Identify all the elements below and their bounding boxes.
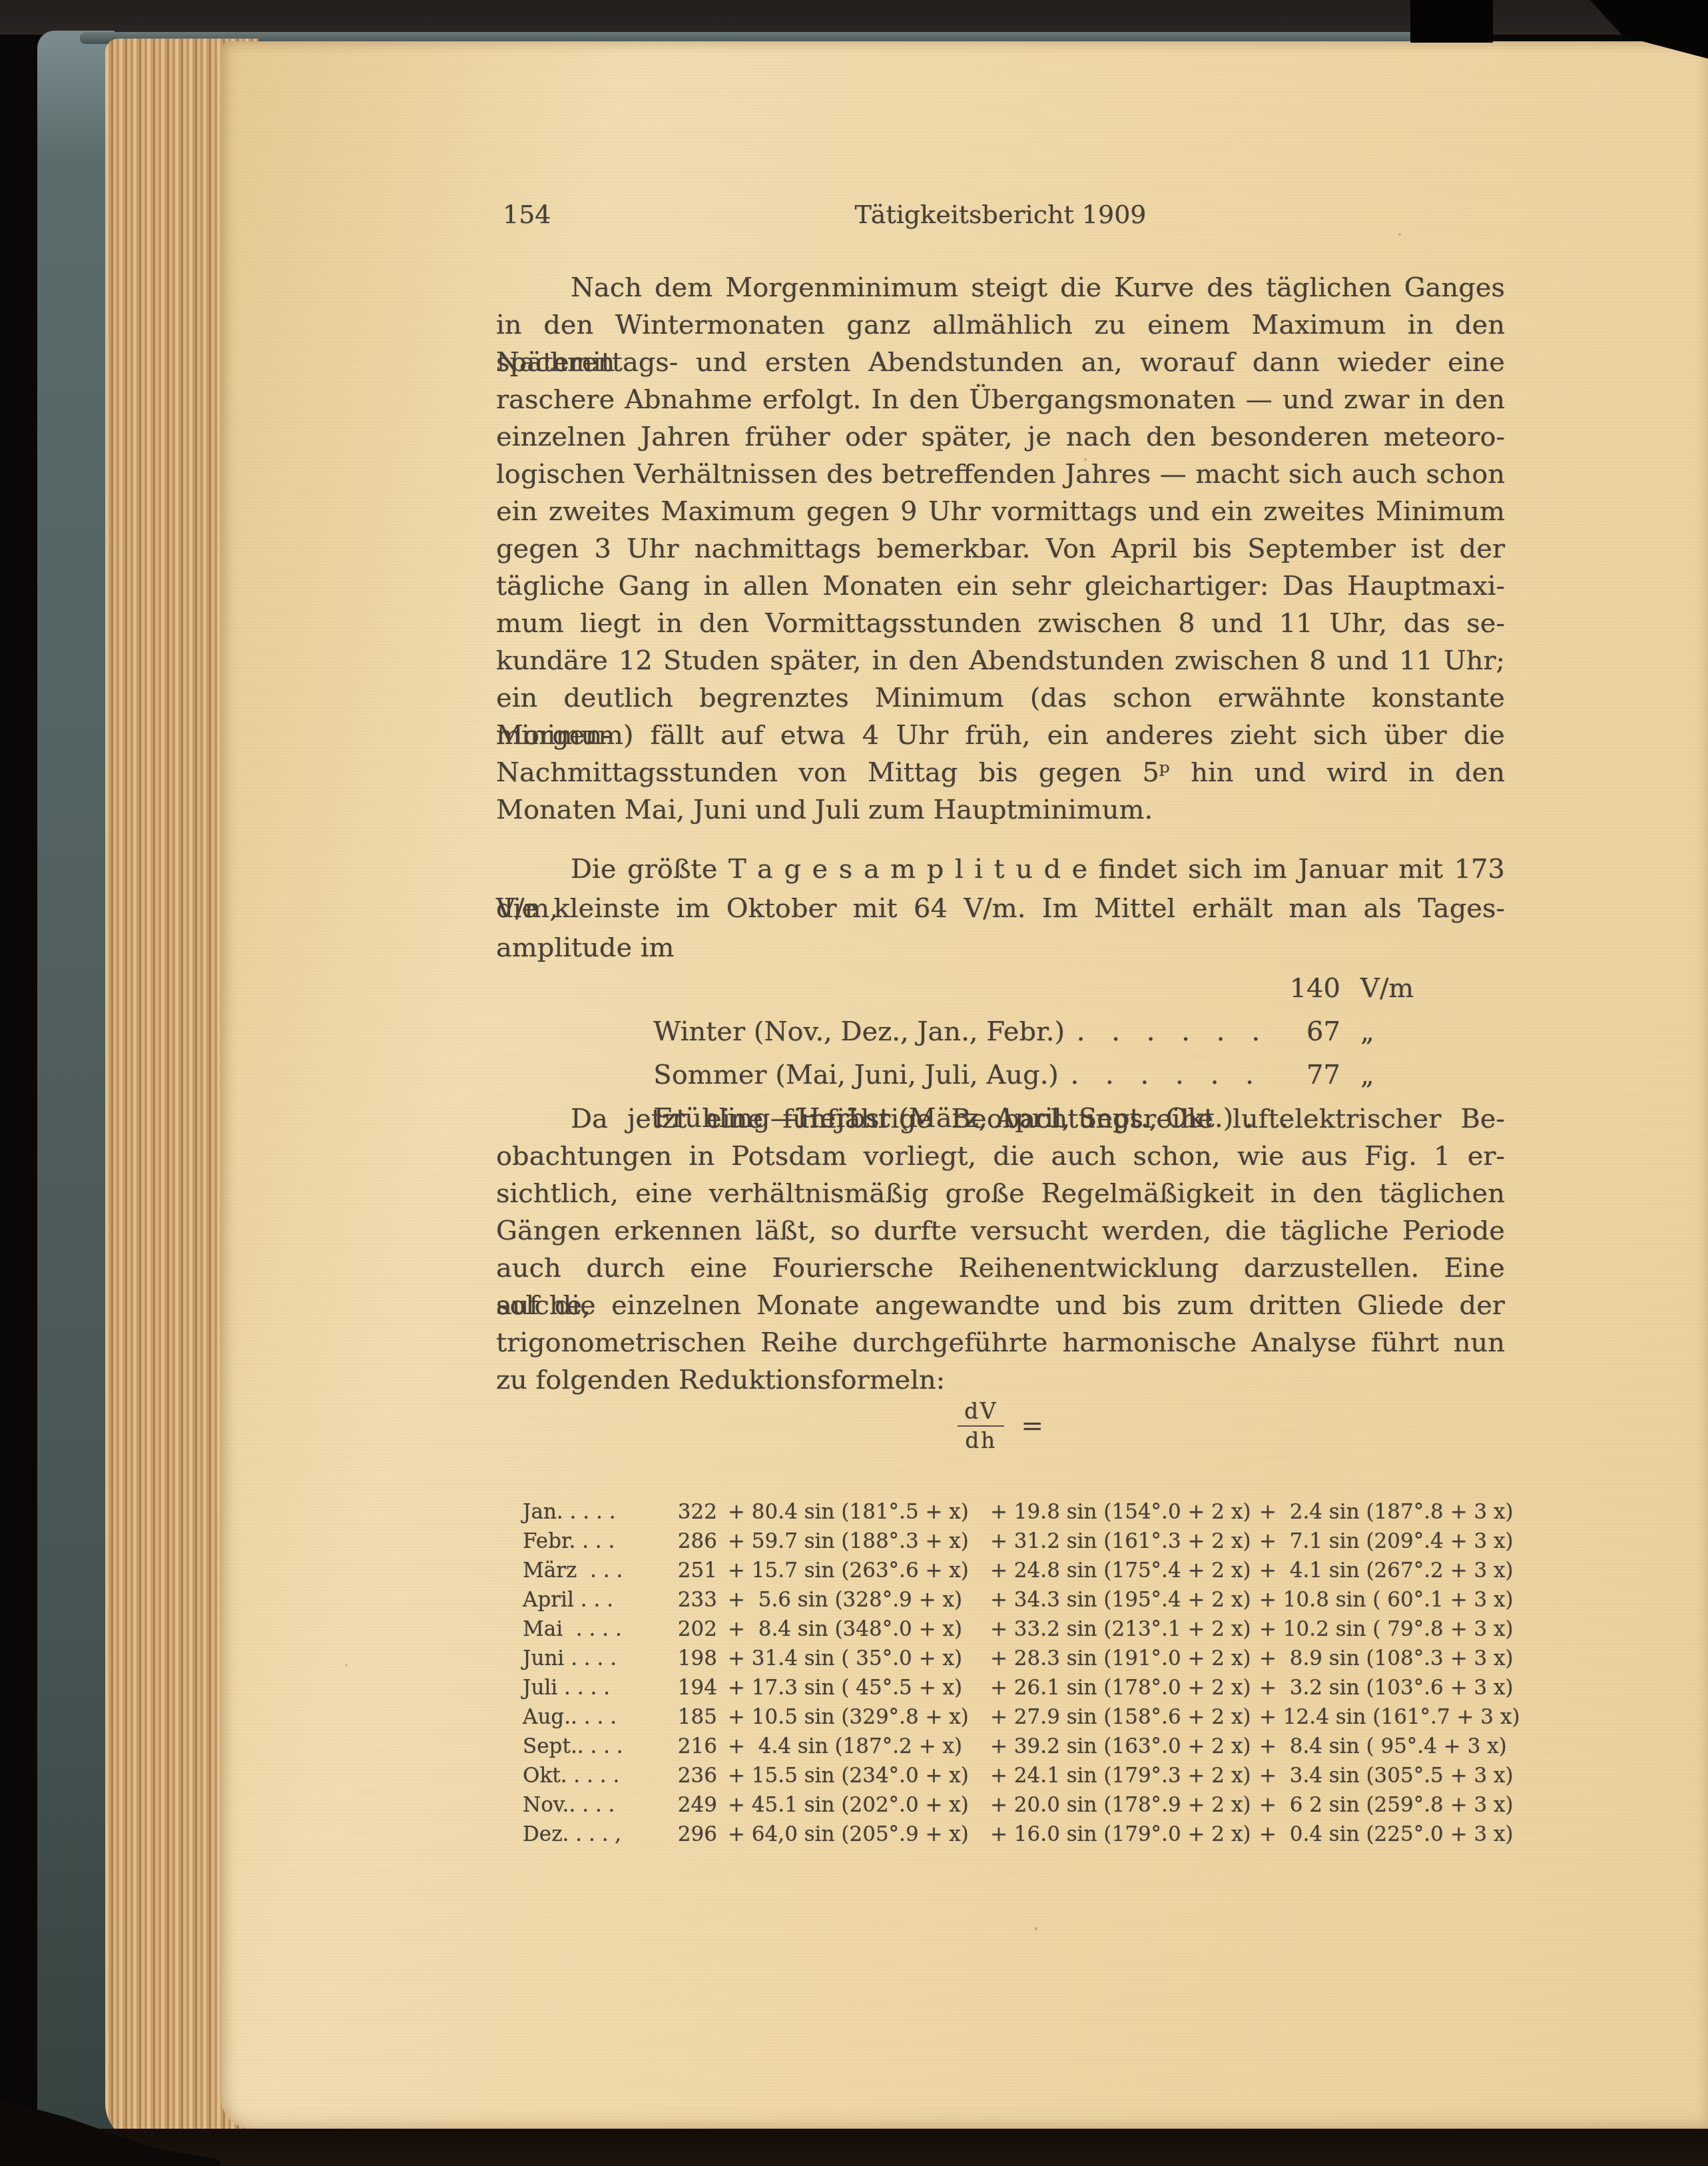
- month-label: Jan. . . . .: [523, 1497, 669, 1527]
- formula-row: Dez. . . . ,296+ 64,0 sin (205°.9 + x)+ …: [523, 1820, 1520, 1849]
- amplitude-unit: „: [1360, 1010, 1374, 1054]
- third-harmonic: + 2.4 sin (187°.8 + 3 x): [1250, 1497, 1514, 1527]
- constant-term: 216: [669, 1732, 717, 1761]
- month-label: April . . .: [523, 1585, 669, 1615]
- constant-term: 322: [669, 1497, 717, 1527]
- text-line: Gängen erkennen läßt, so durfte versucht…: [496, 1212, 1505, 1250]
- running-title: Tätigkeitsbericht 1909: [496, 200, 1505, 229]
- text-line: ein deutlich begrenztes Minimum (das sch…: [496, 679, 1505, 717]
- third-harmonic: + 4.1 sin (267°.2 + 3 x): [1250, 1556, 1514, 1585]
- third-harmonic: + 10.8 sin ( 60°.1 + 3 x): [1250, 1585, 1514, 1615]
- paragraph-fourier: Da jetzt eine fünfjährige Beobachtungsre…: [496, 1100, 1505, 1399]
- amplitude-list: Winter (Nov., Dez., Jan., Febr.) . . . .…: [603, 967, 1442, 1097]
- third-harmonic: + 7.1 sin (209°.4 + 3 x): [1250, 1527, 1514, 1556]
- fraction: dV dh: [958, 1397, 1004, 1455]
- constant-term: 296: [669, 1820, 717, 1849]
- first-harmonic: + 45.1 sin (202°.0 + x): [717, 1790, 981, 1820]
- text-line: Die größte T a g e s a m p l i t u d e f…: [496, 850, 1505, 889]
- third-harmonic: + 10.2 sin ( 79°.8 + 3 x): [1250, 1615, 1514, 1644]
- amplitude-value: 140: [1274, 967, 1340, 1010]
- constant-term: 194: [669, 1673, 717, 1702]
- constant-term: 233: [669, 1585, 717, 1615]
- text-line: auch durch eine Fouriersche Reihenentwic…: [496, 1250, 1505, 1287]
- month-label: Dez. . . . ,: [523, 1820, 669, 1849]
- third-harmonic: + 12.4 sin (161°.7 + 3 x): [1250, 1702, 1520, 1732]
- first-harmonic: + 10.5 sin (329°.8 + x): [717, 1702, 981, 1732]
- text-line: trigonometrischen Reihe durchgeführte ha…: [496, 1324, 1505, 1361]
- month-label: März . . .: [523, 1556, 669, 1585]
- formula-row: März . . .251+ 15.7 sin (263°.6 + x)+ 24…: [523, 1556, 1520, 1585]
- first-harmonic: + 80.4 sin (181°.5 + x): [717, 1497, 981, 1527]
- third-harmonic: + 8.9 sin (108°.3 + 3 x): [1250, 1644, 1514, 1673]
- text-line: auf die einzelnen Monate angewandte und …: [496, 1287, 1505, 1324]
- amplitude-row-sommer: Sommer (Mai, Juni, Juli, Aug.) . . . . .…: [603, 1010, 1442, 1054]
- text-line: logischen Verhältnissen des betreffenden…: [496, 456, 1505, 493]
- second-harmonic: + 33.2 sin (213°.1 + 2 x): [981, 1615, 1250, 1644]
- second-harmonic: + 19.8 sin (154°.0 + 2 x): [981, 1497, 1250, 1527]
- amplitude-row-fruehling-herbst: Frühling—Herbst (März, April, Sept., Okt…: [603, 1054, 1442, 1097]
- text-line: Nachmittagsstunden von Mittag bis gegen …: [496, 754, 1505, 791]
- text-line: die kleinste im Oktober mit 64 V/m. Im M…: [496, 889, 1505, 928]
- text-line: raschere Abnahme erfolgt. In den Übergan…: [496, 381, 1505, 418]
- book-scan: 154 Tätigkeitsbericht 1909 Nach dem Morg…: [0, 0, 1708, 2166]
- first-harmonic: + 17.3 sin ( 45°.5 + x): [717, 1673, 981, 1702]
- text-line: Nach dem Morgenminimum steigt die Kurve …: [496, 269, 1505, 306]
- text-line: zu folgenden Reduktionsformeln:: [496, 1361, 1505, 1399]
- formula-row: Juli . . . .194+ 17.3 sin ( 45°.5 + x)+ …: [523, 1673, 1520, 1702]
- text-line: Da jetzt eine fünfjährige Beobachtungsre…: [496, 1100, 1505, 1138]
- reduction-formula-table: Jan. . . . .322+ 80.4 sin (181°.5 + x)+ …: [523, 1497, 1520, 1849]
- text-line: Nachmittags- und ersten Abendstunden an,…: [496, 344, 1505, 381]
- page-header: 154 Tätigkeitsbericht 1909: [496, 200, 1505, 234]
- book-cover: [37, 31, 115, 2166]
- formula-row: April . . .233+ 5.6 sin (328°.9 + x)+ 34…: [523, 1585, 1520, 1615]
- second-harmonic: + 26.1 sin (178°.0 + 2 x): [981, 1673, 1250, 1702]
- first-harmonic: + 8.4 sin (348°.0 + x): [717, 1615, 981, 1644]
- constant-term: 236: [669, 1761, 717, 1790]
- formula-row: Mai . . . .202+ 8.4 sin (348°.0 + x)+ 33…: [523, 1615, 1520, 1644]
- text-line: amplitude im: [496, 928, 1505, 968]
- month-label: Mai . . . .: [523, 1615, 669, 1644]
- month-label: Febr. . . .: [523, 1527, 669, 1556]
- second-harmonic: + 16.0 sin (179°.0 + 2 x): [981, 1820, 1250, 1849]
- second-harmonic: + 28.3 sin (191°.0 + 2 x): [981, 1644, 1250, 1673]
- text-line: kundäre 12 Studen später, in den Abendst…: [496, 642, 1505, 679]
- amplitude-value: 67: [1274, 1010, 1340, 1054]
- month-label: Sept.. . . .: [523, 1732, 669, 1761]
- scanner-gap-top: [1410, 0, 1493, 43]
- formula-row: Febr. . . .286+ 59.7 sin (188°.3 + x)+ 3…: [523, 1527, 1520, 1556]
- formula-row: Jan. . . . .322+ 80.4 sin (181°.5 + x)+ …: [523, 1497, 1520, 1527]
- text-line: obachtungen in Potsdam vorliegt, die auc…: [496, 1138, 1505, 1175]
- fraction-denominator: dh: [958, 1425, 1004, 1455]
- third-harmonic: + 6 2 sin (259°.8 + 3 x): [1250, 1790, 1514, 1820]
- formula-row: Juni . . . .198+ 31.4 sin ( 35°.0 + x)+ …: [523, 1644, 1520, 1673]
- month-label: Juli . . . .: [523, 1673, 669, 1702]
- text-line: einzelnen Jahren früher oder später, je …: [496, 418, 1505, 456]
- text-line: minimum) fällt auf etwa 4 Uhr früh, ein …: [496, 717, 1505, 754]
- text-line: tägliche Gang in allen Monaten ein sehr …: [496, 567, 1505, 605]
- fraction-numerator: dV: [958, 1397, 1004, 1425]
- text-line: gegen 3 Uhr nachmittags bemerkbar. Von A…: [496, 530, 1505, 567]
- second-harmonic: + 39.2 sin (163°.0 + 2 x): [981, 1732, 1250, 1761]
- text-line: Monaten Mai, Juni und Juli zum Hauptmini…: [496, 791, 1505, 829]
- first-harmonic: + 15.7 sin (263°.6 + x): [717, 1556, 981, 1585]
- amplitude-unit: „: [1360, 1054, 1374, 1097]
- formula-row: Nov.. . . .249+ 45.1 sin (202°.0 + x)+ 2…: [523, 1790, 1520, 1820]
- second-harmonic: + 31.2 sin (161°.3 + 2 x): [981, 1527, 1250, 1556]
- month-label: Aug.. . . .: [523, 1702, 669, 1732]
- third-harmonic: + 3.4 sin (305°.5 + 3 x): [1250, 1761, 1514, 1790]
- constant-term: 286: [669, 1527, 717, 1556]
- text-line: mum liegt in den Vormittagsstunden zwisc…: [496, 605, 1505, 642]
- second-harmonic: + 20.0 sin (178°.9 + 2 x): [981, 1790, 1250, 1820]
- first-harmonic: + 4.4 sin (187°.2 + x): [717, 1732, 981, 1761]
- text-line: sichtlich, eine verhältnismäßig große Re…: [496, 1175, 1505, 1212]
- formula-row: Sept.. . . .216+ 4.4 sin (187°.2 + x)+ 3…: [523, 1732, 1520, 1761]
- second-harmonic: + 24.8 sin (175°.4 + 2 x): [981, 1556, 1250, 1585]
- first-harmonic: + 15.5 sin (234°.0 + x): [717, 1761, 981, 1790]
- third-harmonic: + 3.2 sin (103°.6 + 3 x): [1250, 1673, 1514, 1702]
- first-harmonic: + 5.6 sin (328°.9 + x): [717, 1585, 981, 1615]
- month-label: Nov.. . . .: [523, 1790, 669, 1820]
- first-harmonic: + 64,0 sin (205°.9 + x): [717, 1820, 981, 1849]
- third-harmonic: + 8.4 sin ( 95°.4 + 3 x): [1250, 1732, 1507, 1761]
- text-line: ein zweites Maximum gegen 9 Uhr vormitta…: [496, 493, 1505, 530]
- second-harmonic: + 34.3 sin (195°.4 + 2 x): [981, 1585, 1250, 1615]
- dv-dh-formula: dV dh =: [496, 1397, 1505, 1455]
- first-harmonic: + 31.4 sin ( 35°.0 + x): [717, 1644, 981, 1673]
- amplitude-unit: V/m: [1360, 967, 1414, 1010]
- second-harmonic: + 27.9 sin (158°.6 + 2 x): [981, 1702, 1250, 1732]
- formula-row: Okt. . . . .236+ 15.5 sin (234°.0 + x)+ …: [523, 1761, 1520, 1790]
- paragraph-daily-curve: Nach dem Morgenminimum steigt die Kurve …: [496, 269, 1505, 829]
- scanner-background-bottom: [0, 2129, 1708, 2166]
- amplitude-row-winter: Winter (Nov., Dez., Jan., Febr.) . . . .…: [603, 967, 1442, 1010]
- formula-row: Aug.. . . .185+ 10.5 sin (329°.8 + x)+ 2…: [523, 1702, 1520, 1732]
- first-harmonic: + 59.7 sin (188°.3 + x): [717, 1527, 981, 1556]
- paragraph-amplitude: Die größte T a g e s a m p l i t u d e f…: [496, 850, 1505, 968]
- second-harmonic: + 24.1 sin (179°.3 + 2 x): [981, 1761, 1250, 1790]
- month-label: Juni . . . .: [523, 1644, 669, 1673]
- constant-term: 198: [669, 1644, 717, 1673]
- constant-term: 185: [669, 1702, 717, 1732]
- equals-sign: =: [1021, 1411, 1043, 1441]
- constant-term: 249: [669, 1790, 717, 1820]
- constant-term: 251: [669, 1556, 717, 1585]
- text-line: in den Wintermonaten ganz allmählich zu …: [496, 306, 1505, 344]
- month-label: Okt. . . . .: [523, 1761, 669, 1790]
- amplitude-value: 77: [1274, 1054, 1340, 1097]
- third-harmonic: + 0.4 sin (225°.0 + 3 x): [1250, 1820, 1514, 1849]
- constant-term: 202: [669, 1615, 717, 1644]
